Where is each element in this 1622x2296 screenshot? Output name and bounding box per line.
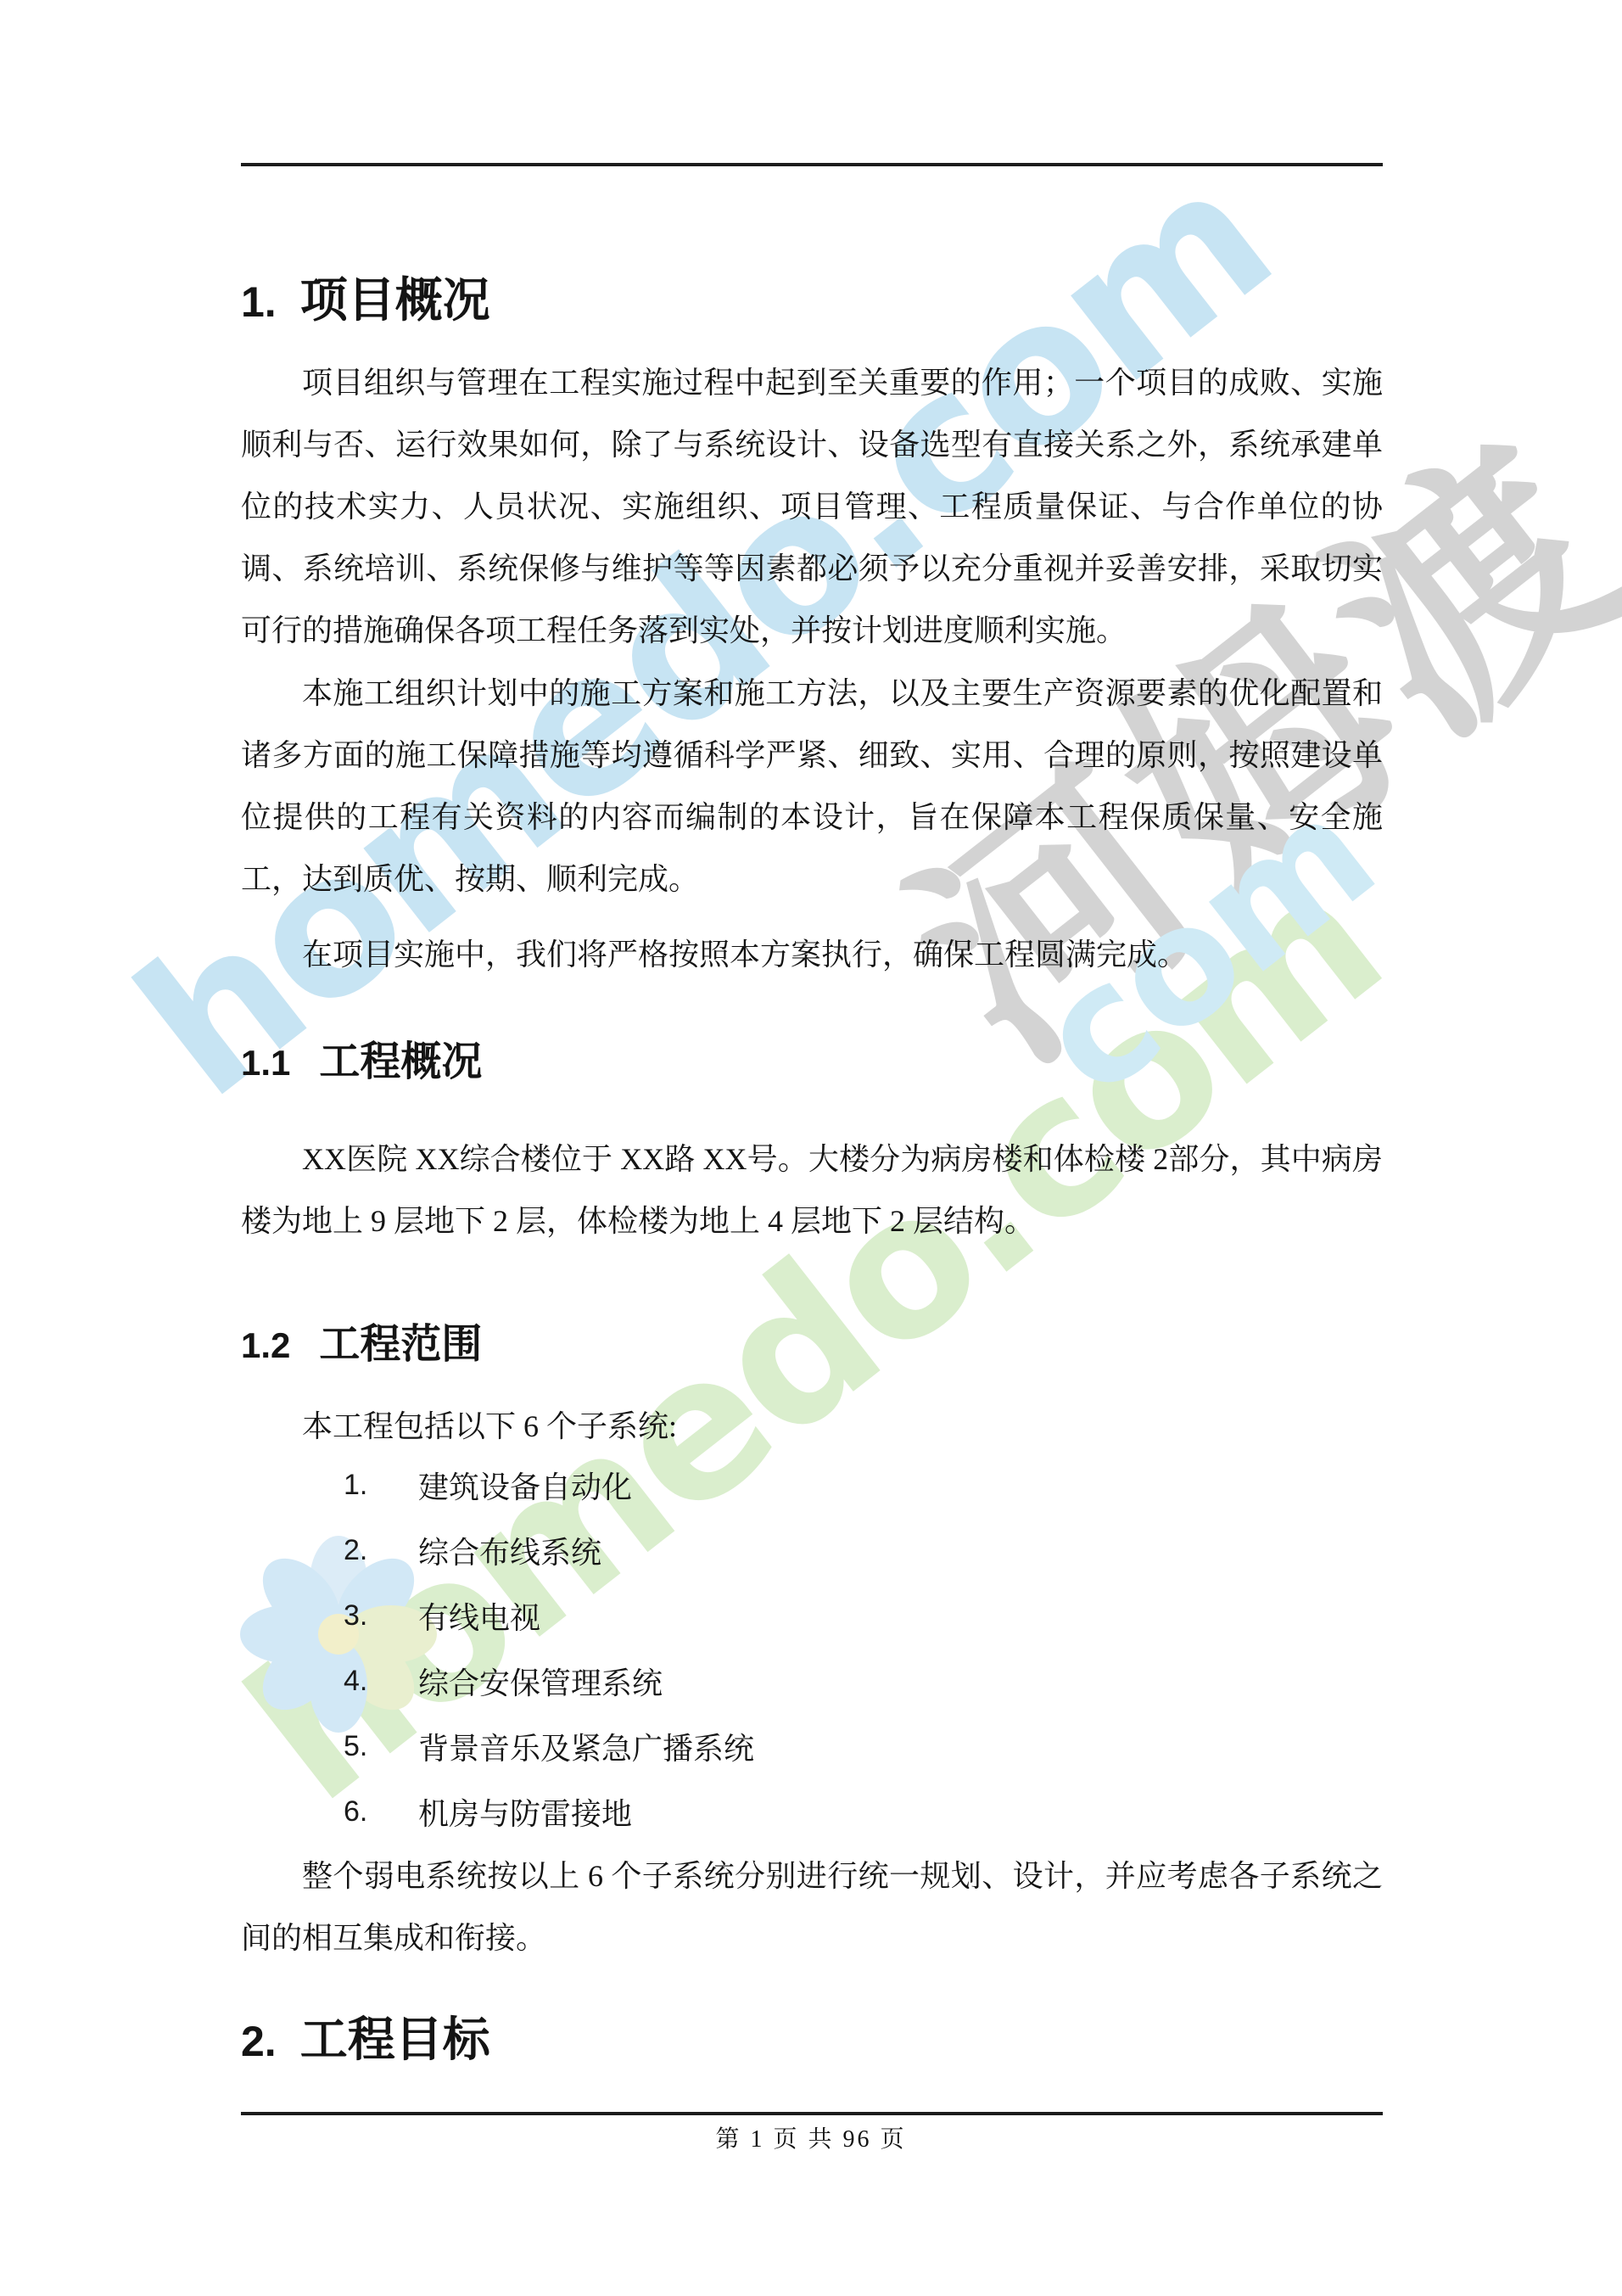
list-item-number: 2. [344,1534,418,1567]
heading-title: 工程目标 [300,2002,490,2070]
list-item: 5. 背景音乐及紧急广播系统 [241,1714,1383,1779]
list-item-number: 4. [344,1665,418,1698]
subsystem-list: 1. 建筑设备自动化 2. 综合布线系统 3. 有线电视 4. 综合安保管理系统… [241,1453,1383,1845]
list-item-label: 有线电视 [418,1594,540,1638]
document-page: homedo.com 河姆渡 homedo.com com 1. 项目概况 项目… [0,0,1622,2296]
heading-number: 2. [241,2017,277,2066]
footer-rule [241,2112,1383,2115]
heading-1-project-overview: 1. 项目概况 [241,263,1383,331]
heading-title: 项目概况 [300,263,490,331]
list-item-number: 5. [344,1730,418,1763]
page-footer: 第 1 页 共 96 页 [0,2120,1622,2154]
list-item-number: 3. [344,1599,418,1632]
heading-2-project-goals: 2. 工程目标 [241,2002,1383,2070]
list-item-label: 背景音乐及紧急广播系统 [418,1725,754,1768]
heading-title: 工程概况 [319,1028,482,1087]
list-item-number: 6. [344,1795,418,1828]
paragraph-subsystem-intro: 本工程包括以下 6 个子系统: [241,1396,1383,1458]
list-item: 3. 有线电视 [241,1583,1383,1649]
list-item-label: 综合安保管理系统 [418,1660,663,1703]
heading-number: 1.1 [241,1043,290,1084]
list-item: 4. 综合安保管理系统 [241,1649,1383,1714]
paragraph-plan-principles: 本施工组织计划中的施工方案和施工方法，以及主要生产资源要素的优化配置和诸多方面的… [241,663,1383,910]
paragraph-execution-commitment: 在项目实施中，我们将严格按照本方案执行，确保工程圆满完成。 [241,924,1383,986]
header-rule [241,163,1383,166]
list-item-label: 建筑设备自动化 [418,1464,632,1507]
paragraph-building-description: XX医院 XX综合楼位于 XX路 XX号。大楼分为病房楼和体检楼 2部分，其中病… [241,1128,1383,1252]
heading-1-1-project-profile: 1.1 工程概况 [241,1028,1383,1087]
heading-1-2-project-scope: 1.2 工程范围 [241,1311,1383,1369]
heading-number: 1. [241,277,277,327]
paragraph-system-integration: 整个弱电系统按以上 6 个子系统分别进行统一规划、设计，并应考虑各子系统之间的相… [241,1845,1383,1969]
list-item-label: 机房与防雷接地 [418,1790,632,1834]
list-item: 2. 综合布线系统 [241,1518,1383,1583]
heading-title: 工程范围 [319,1311,482,1369]
paragraph-project-importance: 项目组织与管理在工程实施过程中起到至关重要的作用；一个项目的成败、实施顺利与否、… [241,352,1383,662]
list-item-label: 综合布线系统 [418,1529,601,1572]
heading-number: 1.2 [241,1325,290,1366]
list-item: 1. 建筑设备自动化 [241,1453,1383,1518]
list-item: 6. 机房与防雷接地 [241,1779,1383,1845]
list-item-number: 1. [344,1469,418,1502]
